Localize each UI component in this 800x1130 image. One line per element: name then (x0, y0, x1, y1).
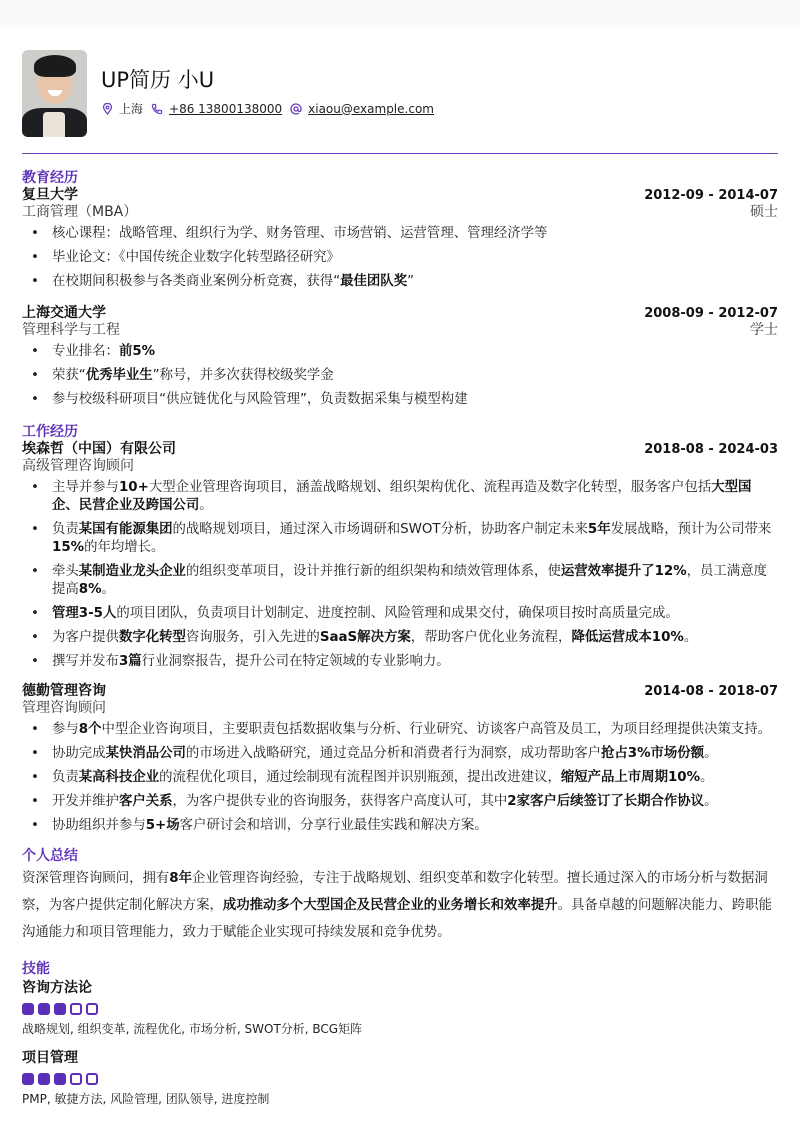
header-divider (22, 153, 778, 154)
education-entry: 复旦大学 2012-09 - 2014-07 工商管理（MBA） 硕士 核心课程… (22, 187, 778, 291)
work-entry: 埃森哲（中国）有限公司 2018-08 - 2024-03 高级管理咨询顾问 主… (22, 441, 778, 671)
resume-page: UP简历 小U 上海 +86 13800138000 (22, 50, 778, 1108)
bullet-item: 专业排名：前5% (22, 343, 778, 361)
contact-location: 上海 (101, 100, 143, 117)
major: 工商管理（MBA） (22, 204, 137, 221)
education-entry: 上海交通大学 2008-09 - 2012-07 管理科学与工程 学士 专业排名… (22, 305, 778, 409)
section-title-work: 工作经历 (22, 423, 778, 441)
skill-keywords: 战略规划, 组织变革, 流程优化, 市场分析, SWOT分析, BCG矩阵 (22, 1020, 778, 1038)
work-section: 工作经历 埃森哲（中国）有限公司 2018-08 - 2024-03 高级管理咨… (22, 423, 778, 835)
contact-email-link[interactable]: xiaou@example.com (308, 102, 434, 116)
work-date: 2018-08 - 2024-03 (644, 441, 778, 458)
avatar (22, 50, 87, 137)
bullet-item: 在校期间积极参与各类商业案例分析竞赛，获得“最佳团队奖” (22, 273, 778, 291)
degree: 硕士 (750, 204, 778, 221)
job-title: 管理咨询顾问 (22, 700, 106, 717)
work-date: 2014-08 - 2018-07 (644, 683, 778, 700)
bullet-list: 专业排名：前5%荣获“优秀毕业生”称号，并多次获得校级奖学金参与校级科研项目“供… (22, 343, 778, 409)
bullet-item: 负责某国有能源集团的战略规划项目，通过深入市场调研和SWOT分析，协助客户制定未… (22, 521, 778, 557)
section-title-education: 教育经历 (22, 169, 778, 187)
rating-dot-filled (54, 1003, 66, 1015)
rating-dot-filled (22, 1003, 34, 1015)
rating-dot-filled (54, 1073, 66, 1085)
company-name: 德勤管理咨询 (22, 683, 106, 700)
bullet-item: 荣获“优秀毕业生”称号，并多次获得校级奖学金 (22, 367, 778, 385)
summary-text: 资深管理咨询顾问，拥有8年企业管理咨询经验，专注于战略规划、组织变革和数字化转型… (22, 865, 778, 946)
header-info: UP简历 小U 上海 +86 13800138000 (101, 70, 442, 117)
section-title-summary: 个人总结 (22, 847, 778, 865)
location-pin-icon (101, 103, 113, 115)
rating-dot-filled (22, 1073, 34, 1085)
at-sign-icon (290, 103, 302, 115)
top-bar (0, 0, 800, 27)
contact-phone-link[interactable]: +86 13800138000 (169, 102, 282, 116)
rating-dot-filled (38, 1003, 50, 1015)
summary-section: 个人总结 资深管理咨询顾问，拥有8年企业管理咨询经验，专注于战略规划、组织变革和… (22, 847, 778, 946)
bullet-item: 协助完成某快消品公司的市场进入战略研究，通过竞品分析和消费者行为洞察，成功帮助客… (22, 745, 778, 763)
section-title-skills: 技能 (22, 960, 778, 978)
bullet-item: 开发并维护客户关系，为客户提供专业的咨询服务，获得客户高度认可，其中2家客户后续… (22, 793, 778, 811)
degree: 学士 (750, 322, 778, 339)
skill-item: 项目管理 PMP, 敏捷方法, 风险管理, 团队领导, 进度控制 (22, 1048, 778, 1108)
school-name: 复旦大学 (22, 187, 78, 204)
contact-list: 上海 +86 13800138000 xiaou@example.com (101, 100, 442, 117)
bullet-list: 核心课程：战略管理、组织行为学、财务管理、市场营销、运营管理、管理经济学等毕业论… (22, 225, 778, 291)
bullet-item: 为客户提供数字化转型咨询服务，引入先进的SaaS解决方案，帮助客户优化业务流程，… (22, 629, 778, 647)
company-name: 埃森哲（中国）有限公司 (22, 441, 176, 458)
resume-header: UP简历 小U 上海 +86 13800138000 (22, 50, 778, 137)
rating-dot-empty (70, 1003, 82, 1015)
bullet-item: 主导并参与10+大型企业管理咨询项目，涵盖战略规划、组织架构优化、流程再造及数字… (22, 479, 778, 515)
contact-email[interactable]: xiaou@example.com (290, 102, 434, 116)
bullet-item: 参与8个中型企业咨询项目，主要职责包括数据收集与分析、行业研究、访谈客户高管及员… (22, 721, 778, 739)
bullet-item: 撰写并发布3篇行业洞察报告，提升公司在特定领域的专业影响力。 (22, 653, 778, 671)
work-entry: 德勤管理咨询 2014-08 - 2018-07 管理咨询顾问 参与8个中型企业… (22, 683, 778, 835)
bullet-item: 管理3-5人的项目团队，负责项目计划制定、进度控制、风险管理和成果交付，确保项目… (22, 605, 778, 623)
bullet-item: 参与校级科研项目“供应链优化与风险管理”，负责数据采集与模型构建 (22, 391, 778, 409)
skill-name: 咨询方法论 (22, 978, 778, 998)
bullet-list: 主导并参与10+大型企业管理咨询项目，涵盖战略规划、组织架构优化、流程再造及数字… (22, 479, 778, 671)
education-date: 2008-09 - 2012-07 (644, 305, 778, 322)
rating-dot-empty (86, 1003, 98, 1015)
rating-dot-empty (86, 1073, 98, 1085)
contact-location-text: 上海 (119, 100, 143, 117)
bullet-list: 参与8个中型企业咨询项目，主要职责包括数据收集与分析、行业研究、访谈客户高管及员… (22, 721, 778, 835)
skill-keywords: PMP, 敏捷方法, 风险管理, 团队领导, 进度控制 (22, 1090, 778, 1108)
education-section: 教育经历 复旦大学 2012-09 - 2014-07 工商管理（MBA） 硕士… (22, 169, 778, 409)
skill-rating (22, 1073, 778, 1085)
contact-phone[interactable]: +86 13800138000 (151, 102, 282, 116)
job-title: 高级管理咨询顾问 (22, 458, 134, 475)
bullet-item: 核心课程：战略管理、组织行为学、财务管理、市场营销、运营管理、管理经济学等 (22, 225, 778, 243)
skill-item: 咨询方法论 战略规划, 组织变革, 流程优化, 市场分析, SWOT分析, BC… (22, 978, 778, 1038)
school-name: 上海交通大学 (22, 305, 106, 322)
phone-icon (151, 103, 163, 115)
skill-name: 项目管理 (22, 1048, 778, 1068)
rating-dot-empty (70, 1073, 82, 1085)
bullet-item: 协助组织并参与5+场客户研讨会和培训，分享行业最佳实践和解决方案。 (22, 817, 778, 835)
candidate-name: UP简历 小U (101, 66, 442, 94)
skill-rating (22, 1003, 778, 1015)
bullet-item: 毕业论文：《中国传统企业数字化转型路径研究》 (22, 249, 778, 267)
education-date: 2012-09 - 2014-07 (644, 187, 778, 204)
bullet-item: 负责某高科技企业的流程优化项目，通过绘制现有流程图并识别瓶颈，提出改进建议，缩短… (22, 769, 778, 787)
major: 管理科学与工程 (22, 322, 120, 339)
bullet-item: 牵头某制造业龙头企业的组织变革项目，设计并推行新的组织架构和绩效管理体系，使运营… (22, 563, 778, 599)
skills-section: 技能 咨询方法论 战略规划, 组织变革, 流程优化, 市场分析, SWOT分析,… (22, 960, 778, 1108)
rating-dot-filled (38, 1073, 50, 1085)
